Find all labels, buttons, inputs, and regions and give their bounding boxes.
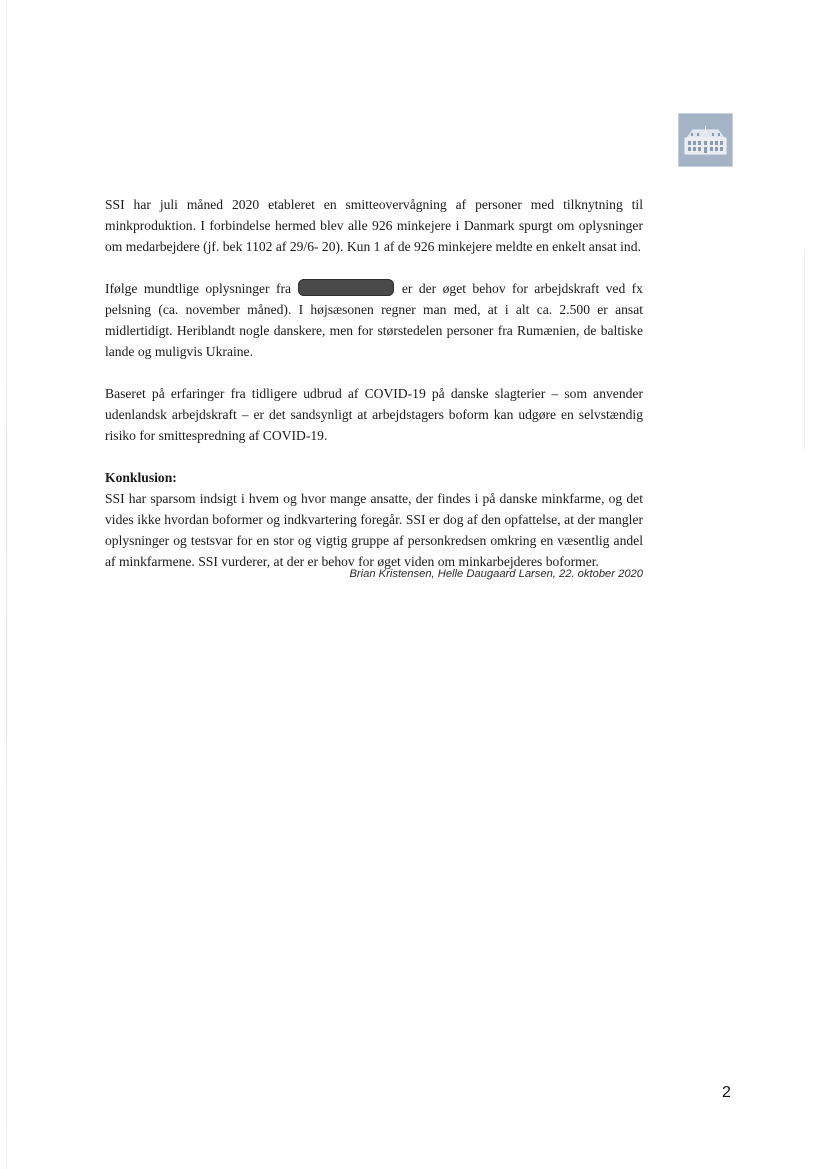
ssi-logo: [679, 114, 732, 166]
scan-edge: [6, 0, 7, 1169]
paragraph-surveillance: SSI har juli måned 2020 etableret en smi…: [105, 194, 643, 257]
paragraph-labour: Ifølge mundtlige oplysninger fra er der …: [105, 278, 643, 362]
signature-line: Brian Kristensen, Helle Daugaard Larsen,…: [349, 568, 643, 580]
paragraph-labour-start: Ifølge mundtlige oplysninger fra: [105, 281, 291, 296]
redaction-block: [298, 279, 394, 296]
paragraph-risk: Baseret på erfaringer fra tidligere udbr…: [105, 383, 643, 446]
page-number: 2: [722, 1084, 731, 1102]
building-icon: [679, 114, 732, 166]
conclusion-heading: Konklusion:: [105, 467, 643, 488]
document-page: SSI har juli måned 2020 etableret en smi…: [0, 0, 827, 1169]
scan-edge: [804, 250, 805, 450]
body-text: SSI har juli måned 2020 etableret en smi…: [105, 194, 643, 572]
conclusion-text: SSI har sparsom indsigt i hvem og hvor m…: [105, 488, 643, 572]
